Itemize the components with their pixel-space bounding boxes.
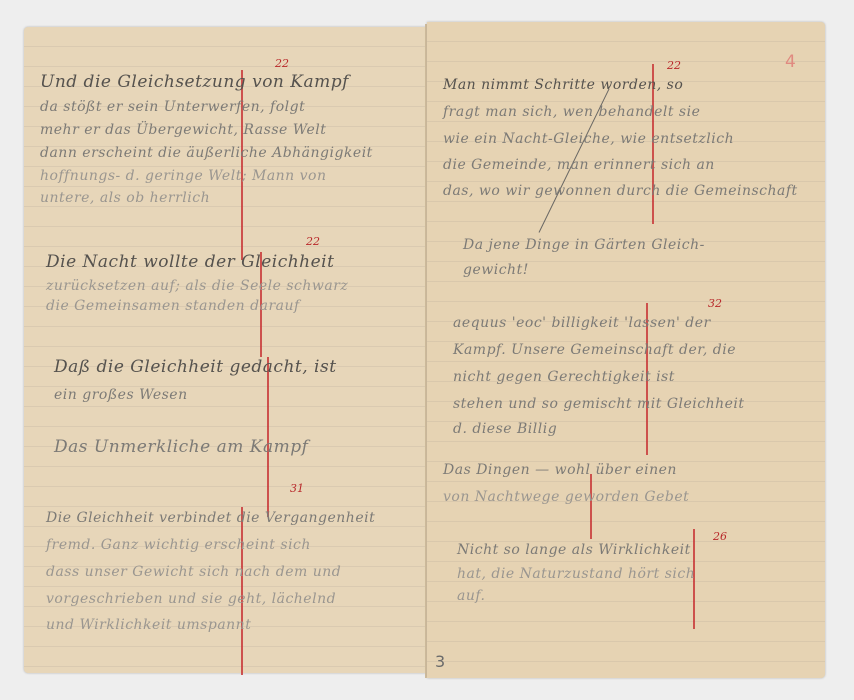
handwritten-line: gewicht! [463,262,529,278]
handwritten-line: ein großes Wesen [54,387,188,403]
handwritten-line: Man nimmt Schritte worden, so [443,77,683,93]
handwritten-line: wie ein Nacht-Gleiche, wie entsetzlich [443,131,734,147]
handwritten-line: Das Unmerkliche am Kampf [54,437,308,457]
red-section-number: 22 [667,59,681,72]
handwritten-line: Daß die Gleichheit gedacht, ist [54,357,337,377]
handwritten-line: nicht gegen Gerechtigkeit ist [453,369,675,385]
handwritten-line: da stößt er sein Unterwerfen, folgt [40,99,305,115]
handwritten-line: Die Gleichheit verbindet die Vergangenhe… [46,510,375,526]
handwritten-line: Das Dingen — wohl über einen [443,462,677,478]
handwritten-line: Und die Gleichsetzung von Kampf [40,72,349,92]
handwritten-line: stehen und so gemischt mit Gleichheit [453,396,745,412]
red-section-number: 26 [713,530,727,543]
handwritten-line: Die Nacht wollte der Gleichheit [46,252,334,272]
handwritten-line: die Gemeinsamen standen darauf [46,298,300,314]
handwritten-line: zurücksetzen auf; als die Seele schwarz [46,278,348,294]
left-notebook-page: 22 Und die Gleichsetzung von Kampf da st… [24,27,427,673]
handwritten-line: Da jene Dinge in Gärten Gleich- [463,237,705,253]
handwritten-line: fremd. Ganz wichtig erscheint sich [46,537,311,553]
handwritten-line: das, wo wir gewonnen durch die Gemeinsch… [443,183,798,199]
red-section-number: 22 [306,235,320,248]
handwritten-line: die Gemeinde, man erinnert sich an [443,157,715,173]
handwritten-line: vorgeschrieben und sie geht, lächelnd [46,591,336,607]
red-margin-line [590,474,592,539]
red-section-number: 31 [290,482,304,495]
handwritten-line: dass unser Gewicht sich nach dem und [46,564,341,580]
handwritten-line: aequus 'eoc' billigkeit 'lassen' der [453,315,711,331]
handwritten-line: dann erscheint die äußerliche Abhängigke… [40,145,373,161]
red-folio-number: 4 [785,52,796,72]
page-folio-number: 3 [435,652,445,671]
handwritten-line: hat, die Naturzustand hört sich [457,566,695,582]
handwritten-line: und Wirklichkeit umspannt [46,617,251,633]
red-section-number: 22 [275,57,289,70]
handwritten-line: auf. [457,588,486,604]
handwritten-line: von Nachtwege geworden Gebet [443,489,689,505]
handwritten-line: mehr er das Übergewicht, Rasse Welt [40,122,326,138]
handwritten-line: hoffnungs- d. geringe Welt; Mann von [40,168,327,184]
red-section-number: 32 [708,297,722,310]
handwritten-line: Kampf. Unsere Gemeinschaft der, die [453,342,736,358]
handwritten-line: d. diese Billig [453,421,557,437]
right-notebook-page: 4 22 Man nimmt Schritte worden, so fragt… [427,22,825,678]
handwritten-line: fragt man sich, wen behandelt sie [443,104,700,120]
handwritten-line: Nicht so lange als Wirklichkeit [457,542,691,558]
handwritten-line: untere, als ob herrlich [40,190,210,206]
